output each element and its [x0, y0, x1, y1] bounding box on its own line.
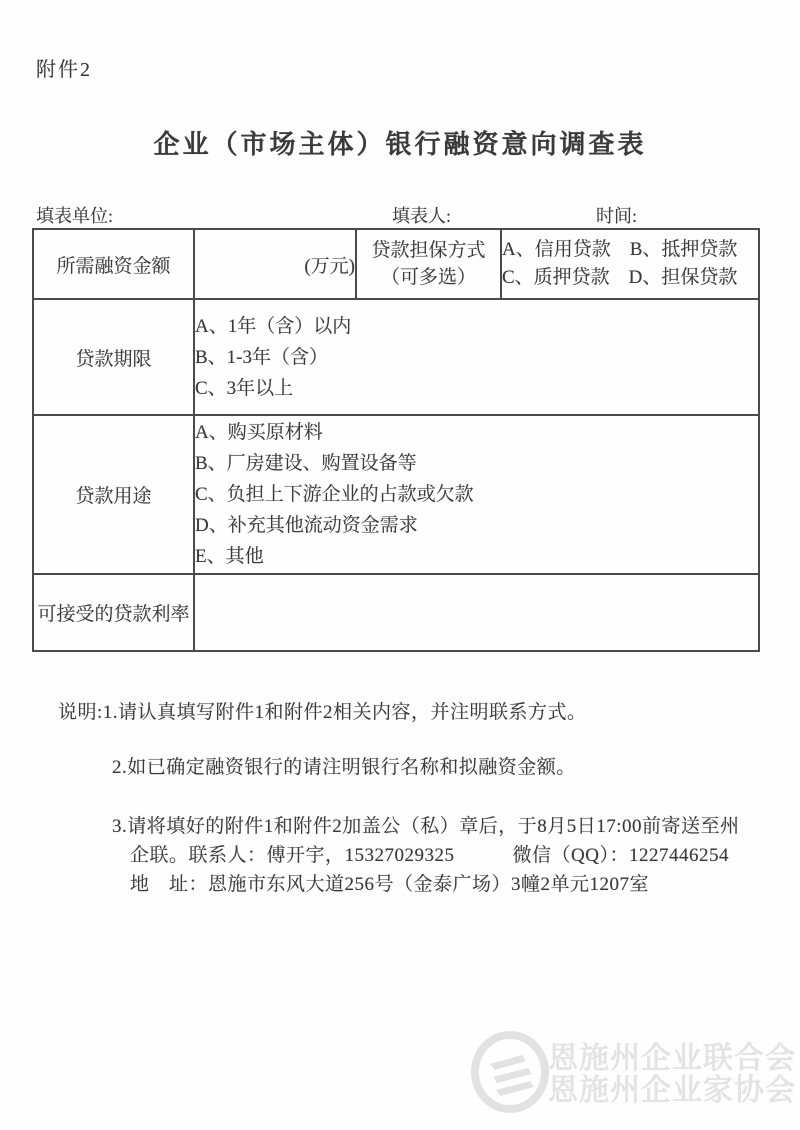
loan-purpose-option-b: B、厂房建设、购置设备等 — [195, 448, 758, 479]
loan-term-options-cell: A、1年（含）以内 B、1-3年（含） C、3年以上 — [194, 299, 759, 415]
guarantee-method-label: 贷款担保方式 （可多选） — [356, 229, 501, 299]
loan-term-option-c: C、3年以上 — [195, 373, 758, 404]
loan-term-label: 贷款期限 — [33, 299, 194, 415]
loan-purpose-label: 贷款用途 — [33, 415, 194, 574]
loan-purpose-options-cell: A、购买原材料 B、厂房建设、购置设备等 C、负担上下游企业的占款或欠款 D、补… — [194, 415, 759, 574]
guarantee-options-line1: A、信用贷款 B、抵押贷款 — [502, 236, 758, 264]
financing-amount-label: 所需融资金额 — [33, 229, 194, 299]
wechat-qq: 微信（QQ）：1227446254 — [513, 845, 729, 866]
table-row-interest-rate: 可接受的贷款利率 — [33, 574, 759, 651]
fill-time-label: 时间: — [596, 202, 637, 228]
interest-rate-input-cell — [194, 574, 759, 651]
guarantee-options-cell: A、信用贷款 B、抵押贷款 C、质押贷款 D、担保贷款 — [501, 229, 759, 299]
table-row-loan-term: 贷款期限 A、1年（含）以内 B、1-3年（含） C、3年以上 — [33, 299, 759, 415]
interest-rate-label: 可接受的贷款利率 — [33, 574, 194, 651]
organization-logo-icon — [470, 1030, 552, 1119]
watermark-line1: 恩施州企业联合会 — [548, 1043, 796, 1075]
table-row-financing-amount: 所需融资金额 (万元) 贷款担保方式 （可多选） A、信用贷款 B、抵押贷款 C… — [33, 229, 759, 299]
note-1: 说明:1.请认真填写附件1和附件2相关内容，并注明联系方式。 — [58, 697, 587, 724]
loan-term-option-a: A、1年（含）以内 — [195, 311, 758, 342]
note-3: 3.请将填好的附件1和附件2加盖公（私）章后，于8月5日17:00前寄送至州 企… — [112, 812, 740, 899]
note-3-line1: 3.请将填好的附件1和附件2加盖公（私）章后，于8月5日17:00前寄送至州 — [112, 812, 740, 841]
loan-purpose-option-a: A、购买原材料 — [195, 417, 758, 448]
attachment-label: 附件2 — [36, 53, 92, 82]
organization-names: 恩施州企业联合会 恩施州企业家协会 — [548, 1043, 796, 1107]
organization-watermark: 恩施州企业联合会 恩施州企业家协会 — [470, 1030, 796, 1119]
watermark-line2: 恩施州企业家协会 — [548, 1075, 796, 1107]
fill-unit-label: 填表单位: — [36, 202, 113, 228]
page-title: 企业（市场主体）银行融资意向调查表 — [0, 124, 800, 161]
fill-person-label: 填表人: — [392, 202, 451, 228]
note-3-line3-address: 地 址：恩施市东风大道256号（金泰广场）3幢2单元1207室 — [130, 870, 740, 899]
guarantee-label-line2: （可多选） — [357, 264, 500, 291]
loan-purpose-option-e: E、其他 — [195, 541, 758, 572]
note-2: 2.如已确定融资银行的请注明银行名称和拟融资金额。 — [112, 752, 576, 779]
loan-purpose-option-d: D、补充其他流动资金需求 — [195, 510, 758, 541]
survey-table: 所需融资金额 (万元) 贷款担保方式 （可多选） A、信用贷款 B、抵押贷款 C… — [32, 228, 760, 652]
guarantee-options-line2: C、质押贷款 D、担保贷款 — [502, 264, 758, 292]
loan-purpose-option-c: C、负担上下游企业的占款或欠款 — [195, 479, 758, 510]
table-row-loan-purpose: 贷款用途 A、购买原材料 B、厂房建设、购置设备等 C、负担上下游企业的占款或欠… — [33, 415, 759, 574]
note-3-line2: 企联。联系人：傅开宇，15327029325微信（QQ）：1227446254 — [130, 841, 740, 870]
guarantee-label-line1: 贷款担保方式 — [357, 237, 500, 264]
contact-person: 企联。联系人：傅开宇，15327029325 — [130, 845, 455, 866]
financing-amount-input-cell: (万元) — [194, 229, 356, 299]
loan-term-option-b: B、1-3年（含） — [195, 342, 758, 373]
scanned-document-page: 附件2 企业（市场主体）银行融资意向调查表 填表单位: 填表人: 时间: 所需融… — [0, 0, 800, 1130]
